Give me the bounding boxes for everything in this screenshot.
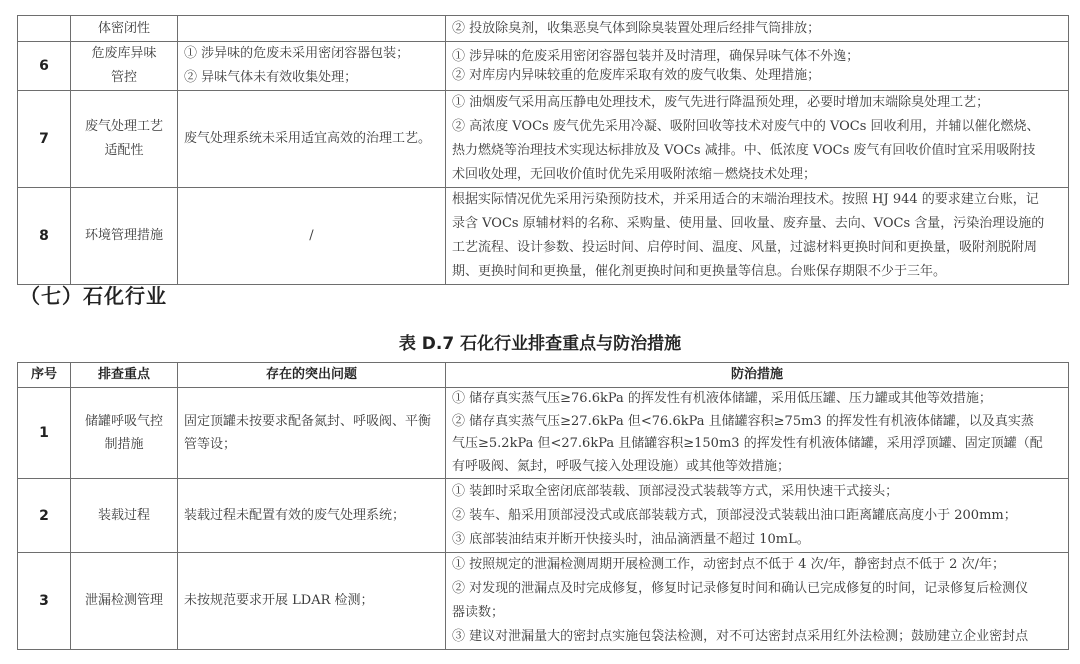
- check-focus-line: 管控: [77, 66, 171, 90]
- check-focus-cell: 体密闭性: [71, 16, 178, 42]
- measure-cell: ① 装卸时采取全密闭底部装载、顶部浸没式装载等方式，采用快速干式接头； ② 装车…: [446, 479, 1069, 553]
- check-focus-line: 制措施: [77, 433, 171, 456]
- issue-line: 装载过程未配置有效的废气处理系统；: [184, 504, 439, 528]
- check-focus-line: 废气处理工艺: [77, 115, 171, 139]
- check-focus-line: 装载过程: [77, 504, 171, 528]
- issue-line: 管等设；: [184, 433, 439, 456]
- measure-line: 录含 VOCs 原辅材料的名称、采购量、使用量、回收量、废弃量、去向、VOCs …: [452, 212, 1062, 236]
- row-number: 1: [18, 388, 71, 479]
- table-row: 2 装载过程 装载过程未配置有效的废气处理系统； ① 装卸时采取全密闭底部装载、…: [18, 479, 1069, 553]
- measure-line: ① 装卸时采取全密闭底部装载、顶部浸没式装载等方式，采用快速干式接头；: [452, 480, 1062, 504]
- measure-line: 热力燃烧等治理技术实现达标排放及 VOCs 减排。中、低浓度 VOCs 废气有回…: [452, 139, 1062, 163]
- table-row: 6 危废库异味 管控 ① 涉异味的危废未采用密闭容器包装； ② 异味气体未有效收…: [18, 42, 1069, 91]
- measure-line: ② 投放除臭剂，收集恶臭气体到除臭装置处理后经排气筒排放；: [452, 17, 1062, 41]
- row-number: 3: [18, 553, 71, 650]
- column-header-number: 序号: [18, 363, 71, 388]
- measure-line: ② 对库房内异味较重的危废库采取有效的废气收集、处理措施；: [452, 66, 1062, 85]
- measure-cell: 根据实际情况优先采用污染预防技术，并采用适合的末端治理技术。按照 HJ 944 …: [446, 188, 1069, 285]
- measure-line: ② 高浓度 VOCs 废气优先采用冷凝、吸附回收等技术对废气中的 VOCs 回收…: [452, 115, 1062, 139]
- measure-line: ② 储存真实蒸气压≥27.6kPa 但<76.6kPa 且储罐容积≥75m3 的…: [452, 411, 1062, 434]
- section-heading: （七）石化行业: [20, 280, 167, 309]
- measure-line: ① 储存真实蒸气压≥76.6kPa 的挥发性有机液体储罐，采用低压罐、压力罐或其…: [452, 388, 1062, 411]
- measure-cell: ① 按照规定的泄漏检测周期开展检测工作，动密封点不低于 4 次/年，静密封点不低…: [446, 553, 1069, 650]
- issue-cell: 装载过程未配置有效的废气处理系统；: [178, 479, 446, 553]
- issue-line: 固定顶罐未按要求配备氮封、呼吸阀、平衡: [184, 410, 439, 433]
- row-number: 8: [18, 188, 71, 285]
- issue-cell: 固定顶罐未按要求配备氮封、呼吸阀、平衡 管等设；: [178, 388, 446, 479]
- table-d6-continued: 体密闭性 ② 投放除臭剂，收集恶臭气体到除臭装置处理后经排气筒排放； 6 危废库…: [17, 15, 1069, 285]
- check-focus-line: 体密闭性: [77, 17, 171, 41]
- check-focus-line: 泄漏检测管理: [77, 589, 171, 613]
- issue-line: ② 异味气体未有效收集处理；: [184, 66, 439, 90]
- column-header-check-focus: 排查重点: [71, 363, 178, 388]
- measure-line: ③ 建议对泄漏量大的密封点实施包袋法检测，对不可达密封点采用红外法检测；鼓励建立…: [452, 625, 1062, 649]
- check-focus-cell: 装载过程: [71, 479, 178, 553]
- measure-cell: ① 涉异味的危废采用密闭容器包装并及时清理，确保异味气体不外逸； ② 对库房内异…: [446, 42, 1069, 91]
- table-row: 7 废气处理工艺 适配性 废气处理系统未采用适宜高效的治理工艺。 ① 油烟废气采…: [18, 91, 1069, 188]
- table-header-row: 序号 排查重点 存在的突出问题 防治措施: [18, 363, 1069, 388]
- check-focus-cell: 储罐呼吸气控 制措施: [71, 388, 178, 479]
- issue-cell: 废气处理系统未采用适宜高效的治理工艺。: [178, 91, 446, 188]
- check-focus-line: 危废库异味: [77, 42, 171, 66]
- measure-line: ① 油烟废气采用高压静电处理技术，废气先进行降温预处理，必要时增加末端除臭处理工…: [452, 91, 1062, 115]
- measure-cell: ② 投放除臭剂，收集恶臭气体到除臭装置处理后经排气筒排放；: [446, 16, 1069, 42]
- row-number: 7: [18, 91, 71, 188]
- issue-cell: 未按规范要求开展 LDAR 检测；: [178, 553, 446, 650]
- issue-line: ① 涉异味的危废未采用密闭容器包装；: [184, 42, 439, 66]
- measure-line: 根据实际情况优先采用污染预防技术，并采用适合的末端治理技术。按照 HJ 944 …: [452, 188, 1062, 212]
- measure-cell: ① 储存真实蒸气压≥76.6kPa 的挥发性有机液体储罐，采用低压罐、压力罐或其…: [446, 388, 1069, 479]
- measure-line: 器读数；: [452, 601, 1062, 625]
- measure-line: ② 对发现的泄漏点及时完成修复，修复时记录修复时间和确认已完成修复的时间，记录修…: [452, 577, 1062, 601]
- table-caption: 表 D.7 石化行业排查重点与防治措施: [0, 329, 1080, 354]
- check-focus-cell: 泄漏检测管理: [71, 553, 178, 650]
- table-row: 1 储罐呼吸气控 制措施 固定顶罐未按要求配备氮封、呼吸阀、平衡 管等设； ① …: [18, 388, 1069, 479]
- measure-line: 期、更换时间和更换量，催化剂更换时间和更换量等信息。台账保存期限不少于三年。: [452, 260, 1062, 284]
- measure-line: ① 涉异味的危废采用密闭容器包装并及时清理，确保异味气体不外逸；: [452, 47, 1062, 66]
- table-row: 8 环境管理措施 / 根据实际情况优先采用污染预防技术，并采用适合的末端治理技术…: [18, 188, 1069, 285]
- issue-cell: [178, 16, 446, 42]
- check-focus-cell: 环境管理措施: [71, 188, 178, 285]
- table-row: 3 泄漏检测管理 未按规范要求开展 LDAR 检测； ① 按照规定的泄漏检测周期…: [18, 553, 1069, 650]
- measure-line: 术回收处理，无回收价值时优先采用吸附浓缩－燃烧技术处理；: [452, 163, 1062, 187]
- row-number: 2: [18, 479, 71, 553]
- issue-line: 废气处理系统未采用适宜高效的治理工艺。: [184, 127, 439, 151]
- measure-line: 工艺流程、设计参数、投运时间、启停时间、温度、风量，过滤材料更换时间和更换量，吸…: [452, 236, 1062, 260]
- issue-line: 未按规范要求开展 LDAR 检测；: [184, 589, 439, 613]
- issue-cell: /: [178, 188, 446, 285]
- check-focus-cell: 危废库异味 管控: [71, 42, 178, 91]
- table-row: 体密闭性 ② 投放除臭剂，收集恶臭气体到除臭装置处理后经排气筒排放；: [18, 16, 1069, 42]
- check-focus-line: 储罐呼吸气控: [77, 410, 171, 433]
- measure-line: ② 装车、船采用顶部浸没式或底部装载方式，顶部浸没式装载出油口距离罐底高度小于 …: [452, 504, 1062, 528]
- measure-cell: ① 油烟废气采用高压静电处理技术，废气先进行降温预处理，必要时增加末端除臭处理工…: [446, 91, 1069, 188]
- row-number: 6: [18, 42, 71, 91]
- measure-line: 气压≥5.2kPa 但<27.6kPa 且储罐容积≥150m3 的挥发性有机液体…: [452, 433, 1062, 456]
- table-d7: 序号 排查重点 存在的突出问题 防治措施 1 储罐呼吸气控 制措施 固定顶罐未按…: [17, 362, 1069, 650]
- row-number: [18, 16, 71, 42]
- check-focus-line: 环境管理措施: [77, 224, 171, 248]
- measure-line: 有呼吸阀、氮封，呼吸气接入处理设施）或其他等效措施；: [452, 456, 1062, 479]
- measure-line: ③ 底部装油结束并断开快接头时，油品滴洒量不超过 10mL。: [452, 528, 1062, 552]
- column-header-measure: 防治措施: [446, 363, 1069, 388]
- check-focus-cell: 废气处理工艺 适配性: [71, 91, 178, 188]
- column-header-issue: 存在的突出问题: [178, 363, 446, 388]
- measure-line: ① 按照规定的泄漏检测周期开展检测工作，动密封点不低于 4 次/年，静密封点不低…: [452, 553, 1062, 577]
- issue-line: /: [184, 224, 439, 248]
- issue-cell: ① 涉异味的危废未采用密闭容器包装； ② 异味气体未有效收集处理；: [178, 42, 446, 91]
- check-focus-line: 适配性: [77, 139, 171, 163]
